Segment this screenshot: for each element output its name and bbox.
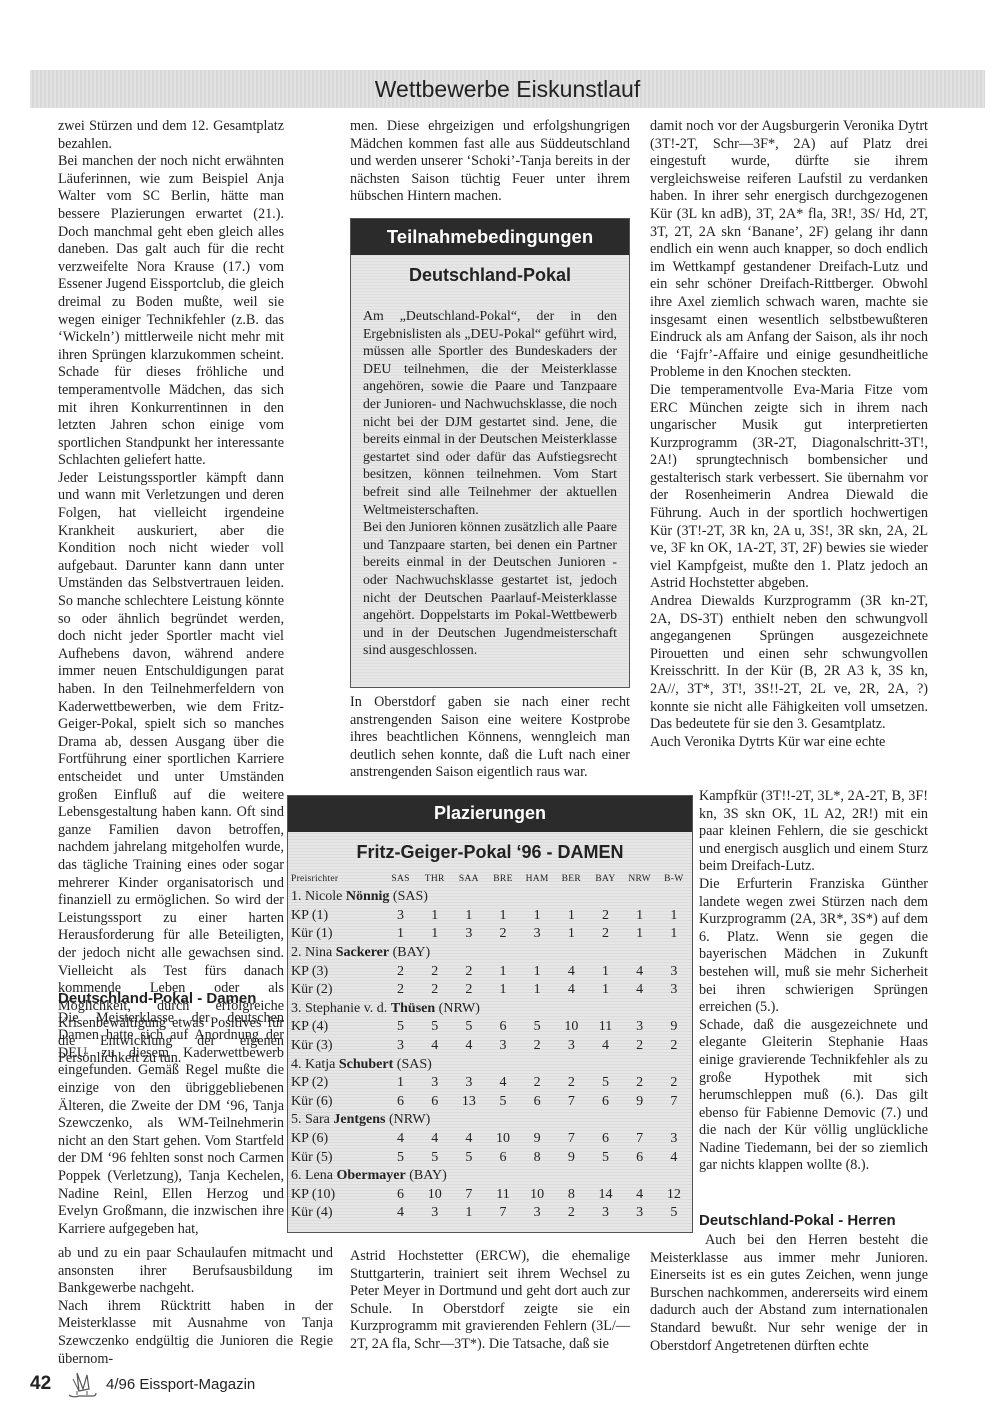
judge-placement: 1 <box>383 1074 417 1093</box>
judge-placement: 2 <box>588 907 622 926</box>
paragraph: ab und zu ein paar Schaulaufen mitmacht … <box>58 1245 333 1298</box>
table-row: Kür (3)344323422 <box>291 1037 691 1056</box>
column-header: SAS <box>383 870 417 888</box>
skater-name-row: 5. Sara Jentgens (NRW) <box>291 1111 691 1130</box>
paragraph: Die Meisterklasse der deutschen Damen ha… <box>58 1010 284 1239</box>
paragraph: Schade, daß die ausgezeichnete und elega… <box>699 1017 928 1175</box>
judge-placement: 1 <box>452 1204 486 1223</box>
program-label: Kür (5) <box>291 1148 383 1167</box>
judge-placement: 4 <box>452 1037 486 1056</box>
section-title: Wettbewerbe Eiskunstlauf <box>30 76 985 103</box>
judge-placement: 9 <box>554 1148 588 1167</box>
judge-placement: 5 <box>588 1074 622 1093</box>
column-1-bottom: ab und zu ein paar Schaulaufen mitmacht … <box>58 1245 333 1368</box>
skater-name-row: 4. Katja Schubert (SAS) <box>291 1055 691 1074</box>
magazine-issue: 4/96 Eissport-Magazin <box>106 1376 255 1393</box>
table-row: KP (1)311111211 <box>291 907 691 926</box>
judge-placement: 3 <box>486 1037 520 1056</box>
judge-placement: 7 <box>486 1204 520 1223</box>
program-label: KP (3) <box>291 962 383 981</box>
box-title: Teilnahmebedingungen <box>351 219 629 255</box>
judge-placement: 4 <box>383 1204 417 1223</box>
judge-placement: 5 <box>418 1148 452 1167</box>
judge-placement: 4 <box>554 962 588 981</box>
judge-placement: 4 <box>452 1130 486 1149</box>
judge-placement: 10 <box>486 1130 520 1149</box>
judge-placement: 7 <box>452 1186 486 1205</box>
paragraph: In Oberstdorf gaben sie nach einer recht… <box>350 694 630 782</box>
column-2-bottom: Astrid Hochstetter (ERCW), die ehemalige… <box>350 1248 630 1354</box>
placements-title: Plazierungen <box>288 796 692 832</box>
judge-placement: 3 <box>657 1130 691 1149</box>
skater-name-row: 6. Lena Obermayer (BAY) <box>291 1167 691 1186</box>
judge-placement: 6 <box>486 1148 520 1167</box>
judge-placement: 7 <box>554 1130 588 1149</box>
program-label: Kür (2) <box>291 981 383 1000</box>
program-label: Kür (4) <box>291 1204 383 1223</box>
judge-placement: 2 <box>418 962 452 981</box>
column-header: BER <box>554 870 588 888</box>
judge-placement: 1 <box>486 981 520 1000</box>
skater-first-name: Katja <box>305 1057 335 1072</box>
judge-placement: 6 <box>486 1018 520 1037</box>
program-label: Kür (6) <box>291 1093 383 1112</box>
skater-club: (BAY) <box>409 1168 447 1183</box>
program-label: KP (4) <box>291 1018 383 1037</box>
judge-placement: 7 <box>623 1130 657 1149</box>
judge-placement: 1 <box>520 981 554 1000</box>
judge-placement: 4 <box>623 962 657 981</box>
judge-placement: 13 <box>452 1093 486 1112</box>
judge-placement: 9 <box>520 1130 554 1149</box>
skate-logo-icon <box>65 1369 99 1401</box>
judge-placement: 4 <box>418 1037 452 1056</box>
paragraph: Die Erfurterin Franziska Günther landete… <box>699 876 928 1017</box>
table-row: Kür (1)113231211 <box>291 925 691 944</box>
judge-placement: 6 <box>418 1093 452 1112</box>
skater-first-name: Sara <box>305 1112 330 1127</box>
judge-placement: 1 <box>623 907 657 926</box>
judge-placement: 1 <box>657 925 691 944</box>
skater-name-row: 2. Nina Sackerer (BAY) <box>291 944 691 963</box>
placements-box: Plazierungen Fritz-Geiger-Pokal ‘96 - DA… <box>287 795 693 1233</box>
table-row: KP (10)61071110814412 <box>291 1186 691 1205</box>
judge-placement: 12 <box>657 1186 691 1205</box>
table-row: Kür (5)555689564 <box>291 1148 691 1167</box>
judge-placement: 5 <box>486 1093 520 1112</box>
subheading-herren: Deutschland-Pokal - Herren <box>699 1212 928 1230</box>
skater-name: 3. Stephanie v. d. Thüsen (NRW) <box>291 1000 691 1019</box>
judge-placement: 1 <box>520 907 554 926</box>
judge-placement: 1 <box>520 962 554 981</box>
judge-placement: 2 <box>657 1037 691 1056</box>
judge-placement: 3 <box>520 925 554 944</box>
judge-placement: 4 <box>554 981 588 1000</box>
judge-placement: 2 <box>452 981 486 1000</box>
judge-placement: 3 <box>520 1204 554 1223</box>
skater-club: (BAY) <box>393 945 431 960</box>
judge-placement: 10 <box>554 1018 588 1037</box>
page-number: 42 <box>30 1373 51 1395</box>
column-3-herren: Auch bei den Herren besteht die Meisterk… <box>650 1232 928 1355</box>
judge-placement: 3 <box>452 1074 486 1093</box>
skater-name: 4. Katja Schubert (SAS) <box>291 1055 691 1074</box>
paragraph: zwei Stürzen und dem 12. Gesamtplatz bez… <box>58 118 284 153</box>
skater-last-name: Obermayer <box>336 1168 405 1183</box>
judge-placement: 1 <box>588 981 622 1000</box>
column-1: zwei Stürzen und dem 12. Gesamtplatz bez… <box>58 118 284 1068</box>
judge-placement: 6 <box>588 1130 622 1149</box>
judge-placement: 3 <box>623 1018 657 1037</box>
judge-placement: 5 <box>383 1018 417 1037</box>
paragraph: Die temperamentvolle Eva-Maria Fitze vom… <box>650 382 928 593</box>
judge-placement: 5 <box>383 1148 417 1167</box>
judge-placement: 5 <box>657 1204 691 1223</box>
skater-last-name: Jentgens <box>333 1112 385 1127</box>
judge-placement: 2 <box>520 1037 554 1056</box>
judge-placement: 3 <box>418 1204 452 1223</box>
judge-placement: 2 <box>520 1074 554 1093</box>
skater-name: 2. Nina Sackerer (BAY) <box>291 944 691 963</box>
judge-placement: 1 <box>383 925 417 944</box>
judge-placement: 6 <box>520 1093 554 1112</box>
judge-placement: 2 <box>554 1204 588 1223</box>
skater-rank: 5. <box>291 1112 302 1127</box>
judge-placement: 5 <box>418 1018 452 1037</box>
judge-placement: 3 <box>657 962 691 981</box>
judge-placement: 2 <box>588 925 622 944</box>
skater-rank: 1. <box>291 889 302 904</box>
table-row: Kür (4)431732335 <box>291 1204 691 1223</box>
judge-placement: 2 <box>383 962 417 981</box>
judge-placement: 1 <box>418 907 452 926</box>
placements-subtitle: Fritz-Geiger-Pokal ‘96 - DAMEN <box>288 832 692 870</box>
judge-placement: 1 <box>452 907 486 926</box>
column-2: men. Diese ehrgeizigen und erfolgshungri… <box>350 118 630 206</box>
skater-first-name: Nina <box>305 945 332 960</box>
table-row: KP (3)222114143 <box>291 962 691 981</box>
skater-last-name: Thüsen <box>391 1001 435 1016</box>
column-header: BAY <box>588 870 622 888</box>
judge-placement: 8 <box>554 1186 588 1205</box>
participation-conditions-box: Teilnahmebedingungen Deutschland-Pokal A… <box>350 218 630 688</box>
judge-placement: 6 <box>383 1093 417 1112</box>
subheading-damen: Deutschland-Pokal - Damen <box>58 990 284 1008</box>
skater-name: 6. Lena Obermayer (BAY) <box>291 1167 691 1186</box>
column-header: Preisrichter <box>291 870 383 888</box>
judge-placement: 1 <box>486 907 520 926</box>
paragraph: damit noch vor der Augsburgerin Veronika… <box>650 118 928 382</box>
skater-first-name: Stephanie v. d. <box>305 1001 387 1016</box>
column-header: NRW <box>623 870 657 888</box>
judge-placement: 9 <box>657 1018 691 1037</box>
skater-club: (SAS) <box>397 1057 432 1072</box>
judge-placement: 4 <box>383 1130 417 1149</box>
judge-placement: 5 <box>588 1148 622 1167</box>
judge-placement: 4 <box>588 1037 622 1056</box>
judge-placement: 6 <box>588 1093 622 1112</box>
column-header: SAA <box>452 870 486 888</box>
skater-rank: 2. <box>291 945 302 960</box>
placements-table: Preisrichter SAS THR SAA BRE HAM BER BAY… <box>291 870 691 1223</box>
program-label: KP (2) <box>291 1074 383 1093</box>
skater-name: 5. Sara Jentgens (NRW) <box>291 1111 691 1130</box>
judge-placement: 2 <box>452 962 486 981</box>
skater-rank: 6. <box>291 1168 302 1183</box>
judge-placement: 11 <box>486 1186 520 1205</box>
paragraph: Auch bei den Herren besteht die Meisterk… <box>650 1232 928 1355</box>
judge-placement: 2 <box>657 1074 691 1093</box>
column-1-damen: Deutschland-Pokal - Damen Die Meisterkla… <box>58 990 284 1238</box>
column-header: THR <box>418 870 452 888</box>
judge-placement: 2 <box>623 1074 657 1093</box>
judge-placement: 3 <box>383 1037 417 1056</box>
judge-placement: 1 <box>588 962 622 981</box>
judge-placement: 2 <box>623 1037 657 1056</box>
skater-last-name: Schubert <box>339 1057 393 1072</box>
program-label: KP (10) <box>291 1186 383 1205</box>
judge-placement: 3 <box>418 1074 452 1093</box>
judge-placement: 3 <box>452 925 486 944</box>
judge-placement: 1 <box>657 907 691 926</box>
skater-club: (NRW) <box>439 1001 480 1016</box>
judge-placement: 5 <box>452 1148 486 1167</box>
program-label: Kür (3) <box>291 1037 383 1056</box>
table-row: Kür (6)6613567697 <box>291 1093 691 1112</box>
judge-placement: 2 <box>418 981 452 1000</box>
judge-placement: 4 <box>623 981 657 1000</box>
skater-first-name: Nicole <box>305 889 342 904</box>
judge-placement: 4 <box>657 1148 691 1167</box>
judge-placement: 4 <box>418 1130 452 1149</box>
table-row: KP (2)133422522 <box>291 1074 691 1093</box>
skater-name-row: 1. Nicole Nönnig (SAS) <box>291 888 691 907</box>
judge-placement: 1 <box>486 962 520 981</box>
table-header-row: Preisrichter SAS THR SAA BRE HAM BER BAY… <box>291 870 691 888</box>
judge-placement: 8 <box>520 1148 554 1167</box>
judge-placement: 5 <box>452 1018 486 1037</box>
judge-placement: 1 <box>554 907 588 926</box>
skater-name-row: 3. Stephanie v. d. Thüsen (NRW) <box>291 1000 691 1019</box>
judge-placement: 10 <box>520 1186 554 1205</box>
column-2-after-box: In Oberstdorf gaben sie nach einer recht… <box>350 694 630 782</box>
judge-placement: 3 <box>554 1037 588 1056</box>
paragraph: Astrid Hochstetter (ERCW), die ehemalige… <box>350 1248 630 1354</box>
box-subtitle: Deutschland-Pokal <box>351 255 629 293</box>
judge-placement: 5 <box>520 1018 554 1037</box>
judge-placement: 2 <box>383 981 417 1000</box>
table-row: KP (4)55565101139 <box>291 1018 691 1037</box>
column-3: damit noch vor der Augsburgerin Veronika… <box>650 118 928 751</box>
judge-placement: 3 <box>657 981 691 1000</box>
judge-placement: 1 <box>418 925 452 944</box>
paragraph: Jeder Leistungssportler kämpft dann und … <box>58 470 284 1068</box>
skater-club: (NRW) <box>389 1112 430 1127</box>
paragraph: men. Diese ehrgeizigen und erfolgshungri… <box>350 118 630 206</box>
program-label: Kür (1) <box>291 925 383 944</box>
judge-placement: 9 <box>623 1093 657 1112</box>
column-3-lower: Kampfkür (3T!!-2T, 3L*, 2A-2T, B, 3F! kn… <box>699 788 928 1175</box>
skater-rank: 3. <box>291 1001 302 1016</box>
judge-placement: 6 <box>383 1186 417 1205</box>
judge-placement: 1 <box>554 925 588 944</box>
paragraph: Bei manchen der noch nicht erwähnten Läu… <box>58 153 284 470</box>
section-header: Wettbewerbe Eiskunstlauf <box>30 70 985 108</box>
judge-placement: 7 <box>554 1093 588 1112</box>
column-header: HAM <box>520 870 554 888</box>
judge-placement: 3 <box>588 1204 622 1223</box>
skater-last-name: Sackerer <box>336 945 389 960</box>
skater-name: 1. Nicole Nönnig (SAS) <box>291 888 691 907</box>
paragraph: Bei den Junioren können zusätzlich alle … <box>363 518 617 659</box>
judge-placement: 11 <box>588 1018 622 1037</box>
judge-placement: 3 <box>623 1204 657 1223</box>
column-header: BRE <box>486 870 520 888</box>
skater-last-name: Nönnig <box>346 889 390 904</box>
judge-placement: 1 <box>623 925 657 944</box>
judge-placement: 10 <box>418 1186 452 1205</box>
judge-placement: 2 <box>486 925 520 944</box>
judge-placement: 4 <box>623 1186 657 1205</box>
paragraph: Kampfkür (3T!!-2T, 3L*, 2A-2T, B, 3F! kn… <box>699 788 928 876</box>
skater-first-name: Lena <box>305 1168 333 1183</box>
paragraph: Am „Deutschland-Pokal“, der in den Ergeb… <box>363 307 617 518</box>
table-row: Kür (2)222114143 <box>291 981 691 1000</box>
judge-placement: 7 <box>657 1093 691 1112</box>
judge-placement: 2 <box>554 1074 588 1093</box>
judge-placement: 6 <box>623 1148 657 1167</box>
judge-placement: 14 <box>588 1186 622 1205</box>
column-header: B-W <box>657 870 691 888</box>
paragraph: Nach ihrem Rücktritt haben in der Meiste… <box>58 1298 333 1368</box>
program-label: KP (6) <box>291 1130 383 1149</box>
paragraph: Auch Veronika Dytrts Kür war eine echte <box>650 734 928 752</box>
skater-club: (SAS) <box>393 889 428 904</box>
program-label: KP (1) <box>291 907 383 926</box>
column-3-herren-heading: Deutschland-Pokal - Herren <box>699 1212 928 1230</box>
judge-placement: 3 <box>383 907 417 926</box>
table-row: KP (6)4441097673 <box>291 1130 691 1149</box>
paragraph: Andrea Diewalds Kurzprogramm (3R kn-2T, … <box>650 593 928 734</box>
skater-rank: 4. <box>291 1057 302 1072</box>
judge-placement: 4 <box>486 1074 520 1093</box>
